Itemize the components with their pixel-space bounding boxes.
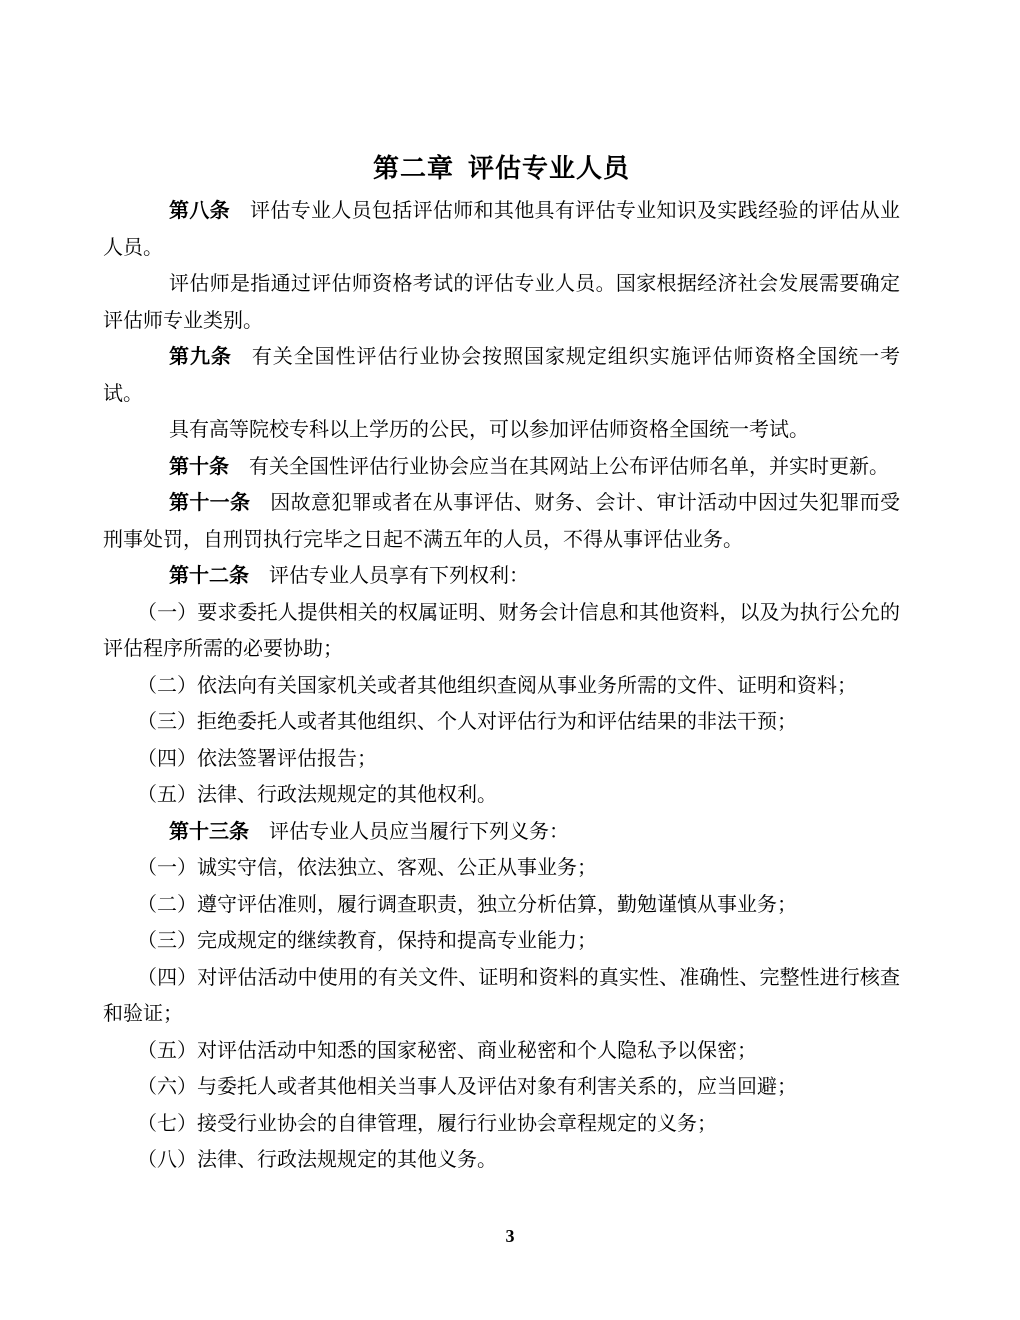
paragraph-text: 评估专业人员享有下列权利： <box>269 565 529 587</box>
paragraph: 第十条有关全国性评估行业协会应当在其网站上公布评估师名单，并实时更新。 <box>103 449 900 486</box>
paragraph: （七）接受行业协会的自律管理，履行行业协会章程规定的义务； <box>103 1106 900 1143</box>
article-number-label: 第十二条 <box>169 565 249 587</box>
paragraph-text: 评估专业人员应当履行下列义务： <box>269 821 569 843</box>
paragraph: 第十三条评估专业人员应当履行下列义务： <box>103 814 900 851</box>
chapter-number: 第二章 <box>373 153 454 183</box>
paragraph: 第十一条因故意犯罪或者在从事评估、财务、会计、审计活动中因过失犯罪而受刑事处罚，… <box>103 485 900 558</box>
paragraph: 具有高等院校专科以上学历的公民，可以参加评估师资格全国统一考试。 <box>103 412 900 449</box>
paragraph: （八）法律、行政法规规定的其他义务。 <box>103 1142 900 1179</box>
document-body: 第八条评估专业人员包括评估师和其他具有评估专业知识及实践经验的评估从业人员。 评… <box>103 193 900 1179</box>
article-number-label: 第十一条 <box>169 492 250 514</box>
paragraph-text: 有关全国性评估行业协会应当在其网站上公布评估师名单，并实时更新。 <box>249 456 889 478</box>
paragraph-text: （四）对评估活动中使用的有关文件、证明和资料的真实性、准确性、完整性进行核查和验… <box>103 967 900 1026</box>
paragraph-text: （五）对评估活动中知悉的国家秘密、商业秘密和个人隐私予以保密； <box>137 1040 757 1062</box>
article-number-label: 第九条 <box>169 346 232 368</box>
paragraph-text: （四）依法签署评估报告； <box>137 748 377 770</box>
paragraph-text: （二）遵守评估准则，履行调查职责，独立分析估算，勤勉谨慎从事业务； <box>137 894 797 916</box>
paragraph-text: （五）法律、行政法规规定的其他权利。 <box>137 784 497 806</box>
paragraph: （三）拒绝委托人或者其他组织、个人对评估行为和评估结果的非法干预； <box>103 704 900 741</box>
paragraph-text: （一）诚实守信，依法独立、客观、公正从事业务； <box>137 857 597 879</box>
paragraph-text: 评估师是指通过评估师资格考试的评估专业人员。国家根据经济社会发展需要确定评估师专… <box>103 273 900 332</box>
paragraph: 第八条评估专业人员包括评估师和其他具有评估专业知识及实践经验的评估从业人员。 <box>103 193 900 266</box>
paragraph: （一）要求委托人提供相关的权属证明、财务会计信息和其他资料，以及为执行公允的评估… <box>103 595 900 668</box>
page-number: 3 <box>0 1226 1020 1246</box>
paragraph-text: （二）依法向有关国家机关或者其他组织查阅从事业务所需的文件、证明和资料； <box>137 675 857 697</box>
paragraph-text: （八）法律、行政法规规定的其他义务。 <box>137 1149 497 1171</box>
paragraph-text: （一）要求委托人提供相关的权属证明、财务会计信息和其他资料，以及为执行公允的评估… <box>103 602 900 661</box>
paragraph-text: （六）与委托人或者其他相关当事人及评估对象有利害关系的，应当回避； <box>137 1076 797 1098</box>
paragraph: （一）诚实守信，依法独立、客观、公正从事业务； <box>103 850 900 887</box>
paragraph: 第九条有关全国性评估行业协会按照国家规定组织实施评估师资格全国统一考试。 <box>103 339 900 412</box>
paragraph: （五）法律、行政法规规定的其他权利。 <box>103 777 900 814</box>
document-page: 第二章评估专业人员 第八条评估专业人员包括评估师和其他具有评估专业知识及实践经验… <box>0 0 1020 1320</box>
article-number-label: 第八条 <box>169 200 230 222</box>
paragraph: （五）对评估活动中知悉的国家秘密、商业秘密和个人隐私予以保密； <box>103 1033 900 1070</box>
paragraph-text: （三）完成规定的继续教育，保持和提高专业能力； <box>137 930 597 952</box>
paragraph: （四）对评估活动中使用的有关文件、证明和资料的真实性、准确性、完整性进行核查和验… <box>103 960 900 1033</box>
paragraph: 评估师是指通过评估师资格考试的评估专业人员。国家根据经济社会发展需要确定评估师专… <box>103 266 900 339</box>
paragraph-text: （七）接受行业协会的自律管理，履行行业协会章程规定的义务； <box>137 1113 717 1135</box>
paragraph-text: 具有高等院校专科以上学历的公民，可以参加评估师资格全国统一考试。 <box>169 419 809 441</box>
article-number-label: 第十条 <box>169 456 229 478</box>
paragraph-text: （三）拒绝委托人或者其他组织、个人对评估行为和评估结果的非法干预； <box>137 711 797 733</box>
paragraph: （六）与委托人或者其他相关当事人及评估对象有利害关系的，应当回避； <box>103 1069 900 1106</box>
paragraph: （二）依法向有关国家机关或者其他组织查阅从事业务所需的文件、证明和资料； <box>103 668 900 705</box>
chapter-title: 第二章评估专业人员 <box>103 149 900 187</box>
paragraph: 第十二条评估专业人员享有下列权利： <box>103 558 900 595</box>
paragraph: （四）依法签署评估报告； <box>103 741 900 778</box>
paragraph: （二）遵守评估准则，履行调查职责，独立分析估算，勤勉谨慎从事业务； <box>103 887 900 924</box>
paragraph: （三）完成规定的继续教育，保持和提高专业能力； <box>103 923 900 960</box>
chapter-name: 评估专业人员 <box>468 153 630 183</box>
article-number-label: 第十三条 <box>169 821 249 843</box>
